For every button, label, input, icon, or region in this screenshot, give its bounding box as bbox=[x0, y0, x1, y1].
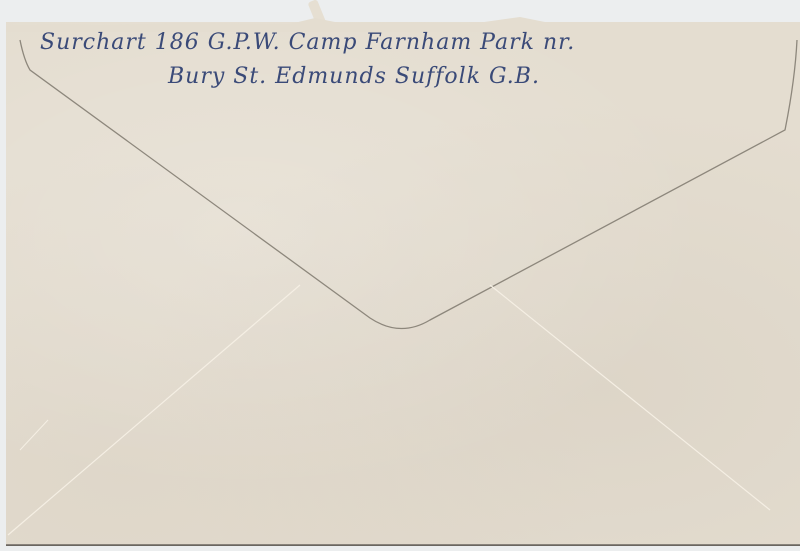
sender-address-line-1: Surchart 186 G.P.W. Camp Farnham Park nr… bbox=[40, 30, 575, 55]
sender-address-line-2: Bury St. Edmunds Suffolk G.B. bbox=[168, 64, 540, 89]
